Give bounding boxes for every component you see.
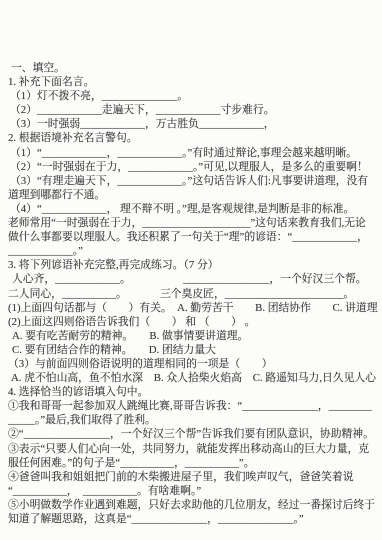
question-4-item-1-wrap fill-blank-line: _____。”最后,我们取得了胜利。: [8, 413, 378, 427]
question-4-item-4-wrap fill-blank-line: “__________， __________。有啥难啊。”: [8, 484, 378, 498]
question-2-item-2 fill-blank-line: （2）“一时强弱在于力，____________。”可见,以理服人，是多么的重要…: [8, 160, 378, 174]
question-4-item-2 fill-blank-line: ②“________________，一个好汉三个帮”告诉我们要有团队意识，协助…: [8, 427, 378, 441]
question-4-title: 4. 选择恰当的谚语填入句中。: [8, 385, 378, 399]
question-4-item-3 fill-blank-line: ③表示“只要人们心向一处，共同努力，就能发挥出移动高山的巨大力量，克: [8, 442, 378, 456]
section-1-heading: 一、填空。: [8, 61, 378, 75]
question-1-item-3 fill-blank-line: （3）一时强弱____________，万古胜负____________，: [8, 117, 378, 131]
question-4-item-3-wrap fill-blank-line: 服任何困难。”的句子是“__________，__________”。: [8, 456, 378, 470]
question-1-item-2 fill-blank-line: （2）____________走遍天下，____________寸步难行。: [8, 103, 378, 117]
question-2-title: 2. 根据语境补充名言警句。: [8, 131, 378, 145]
question-2-item-4-wrap-1 fill-blank-line: 老师常用“一时强弱在于力，____________________”这句话来教育…: [8, 216, 378, 230]
worksheet-content: 一、填空。 1. 补充下面名言。 （1）灯不拨不亮，______________…: [8, 61, 378, 526]
question-2-item-3 fill-blank-line: （3）“有理走遍天下，____________。”这句话告诉人们:凡事要讲道理，…: [8, 174, 378, 188]
question-3-sub-1 choice-line: (1)上面四句话都与（ ）有关。 A. 勤劳苦干 B. 团结协作 C. 讲道理: [8, 301, 378, 315]
question-3-sub-3-options: A. 虎不怕山高，鱼不怕水深 B. 众人拾柴火焰高 C. 路遥知马力,日久见人心: [8, 371, 378, 385]
question-2-item-4 fill-blank-line: （4）“____________， 理不辩不明 。”理,是客观规律,是判断是非的…: [8, 202, 378, 216]
question-1-item-1 fill-blank-line: （1）灯不拨不亮，______________。: [8, 89, 378, 103]
question-4-item-5-wrap fill-blank-line: 知道了解题思路，这真是“______________，_____________…: [8, 512, 378, 526]
question-1-title: 1. 补充下面名言。: [8, 75, 378, 89]
question-2-item-4-wrap-3 fill-blank-line: ____________。”: [8, 244, 378, 258]
question-3-sub-3 choice-line: （3）与前面四则俗语说明的道理相同的一项是（ ）: [8, 357, 378, 371]
proverb-row-2: 二人同心，__________。 三个臭皮匠，_________________…: [8, 287, 378, 301]
question-2-item-1 fill-blank-line: （1）“____________，____________。”有时通过辩论,事理…: [8, 146, 378, 160]
question-3-sub-2 choice-line: (2)上面这四则俗语告诉我们（ ） 和 （ ） 。: [8, 315, 378, 329]
question-3-title: 3. 将下列谚语补充完整,再完成练习。（7 分）: [8, 258, 378, 272]
proverb-1-right fill-blank-line: ________________，一个好汉三个帮。: [183, 272, 367, 286]
proverb-row-1: 人心齐，____________。 ________________，一个好汉三…: [8, 272, 378, 286]
question-2-item-3-wrap: 道理到哪都行不通。: [8, 188, 378, 202]
question-3-sub-2-options-cd: C. 要有团结合作的精神。 D. 团结力量大: [8, 343, 378, 357]
question-4-item-4 fill-blank-line: ④爸爸叫我和姐姐把门前的木柴搬进屋子里，我们唉声叹气，爸爸笑着说: [8, 470, 378, 484]
proverb-1-left fill-blank-line: 人心齐，____________。: [8, 273, 131, 285]
question-3-sub-2-options-ab: A. 要有吃苦耐劳的精神。 B. 做事情要讲道理。: [8, 329, 378, 343]
proverb-2-left fill-blank-line: 二人同心，__________。: [8, 288, 127, 300]
scanned-worksheet-page: 一、填空。 1. 补充下面名言。 （1）灯不拨不亮，______________…: [0, 0, 382, 540]
question-4-item-1 fill-blank-line: ①我和哥哥一起参加双人跳绳比赛,哥哥告诉我：“______________，__…: [8, 399, 378, 413]
question-4-item-5 fill-blank-line: ⑤小明做数学作业遇到难题，只好去求助他的几位朋友，经过一番探讨后终于: [8, 498, 378, 512]
proverb-2-right fill-blank-line: 三个臭皮匠，______________________。: [160, 287, 354, 301]
question-2-item-4-wrap-2 fill-blank-line: 做什么事都要以理服人。我还积累了一句关于“理”的谚语：“____________…: [8, 230, 378, 244]
